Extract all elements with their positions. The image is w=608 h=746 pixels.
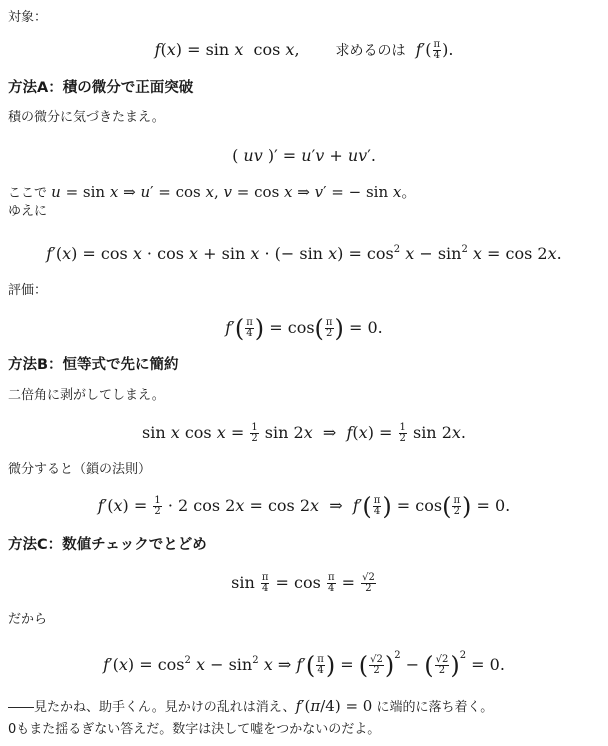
method-a-lead: 積の微分に気づきたまえ。 (8, 110, 165, 126)
method-a-evaluation: f′(π4) = cos(π2) = 0. (0, 318, 608, 339)
request-text: 求めるのは (336, 43, 406, 59)
intro-label: 対象： (8, 10, 47, 26)
method-c-check: f′(x) = cos2 x − sin2 x ⇒ f′(π4) = (√22)… (0, 655, 608, 678)
closing-prefix: ――見たかね、助手くん。見かけの乱れは消え、 (8, 700, 296, 715)
product-rule-equation: ( uv )′ = u′v + uv′. (0, 146, 608, 166)
method-b-identity: sin x cos x = 12 sin 2x ⇒ f(x) = 12 sin … (0, 423, 608, 444)
method-c-values: sin π4 = cos π4 = √22 (0, 573, 608, 594)
method-c-heading: 方法C：数値チェックでとどめ (8, 536, 207, 554)
method-b-heading: 方法B：恒等式で先に簡約 (8, 356, 179, 374)
so-label: だから (8, 612, 47, 628)
substitution-prefix: ここで (8, 186, 47, 201)
method-b-derivative: f′(x) = 12 · 2 cos 2x = cos 2x ⇒ f′(π4) … (0, 496, 608, 517)
method-a-heading: 方法A：積の微分で正面突破 (8, 79, 193, 97)
closing-line-2: 0もまた揺るぎない答えだ。数字は決して嘘をつかないのだよ。 (8, 722, 380, 738)
method-a-derivative: f′(x) = cos x · cos x + sin x · (− sin x… (0, 244, 608, 264)
therefore-label: ゆえに (8, 204, 47, 220)
method-b-lead: 二倍角に剥がしてしまえ。 (8, 388, 165, 404)
closing-suffix: に端的に落ち着く。 (377, 700, 494, 715)
problem-equation: f(x) = sin x cos x,求めるのは f′(π4). (0, 40, 608, 61)
closing-line-1: ――見たかね、助手くん。見かけの乱れは消え、f′(π/4) = 0 に端的に落ち… (8, 698, 493, 716)
evaluate-label: 評価： (8, 283, 47, 299)
substitution-line: ここで u = sin x ⇒ u′ = cos x, v = cos x ⇒ … (8, 184, 416, 202)
chain-rule-label: 微分すると（鎖の法則） (8, 462, 151, 478)
